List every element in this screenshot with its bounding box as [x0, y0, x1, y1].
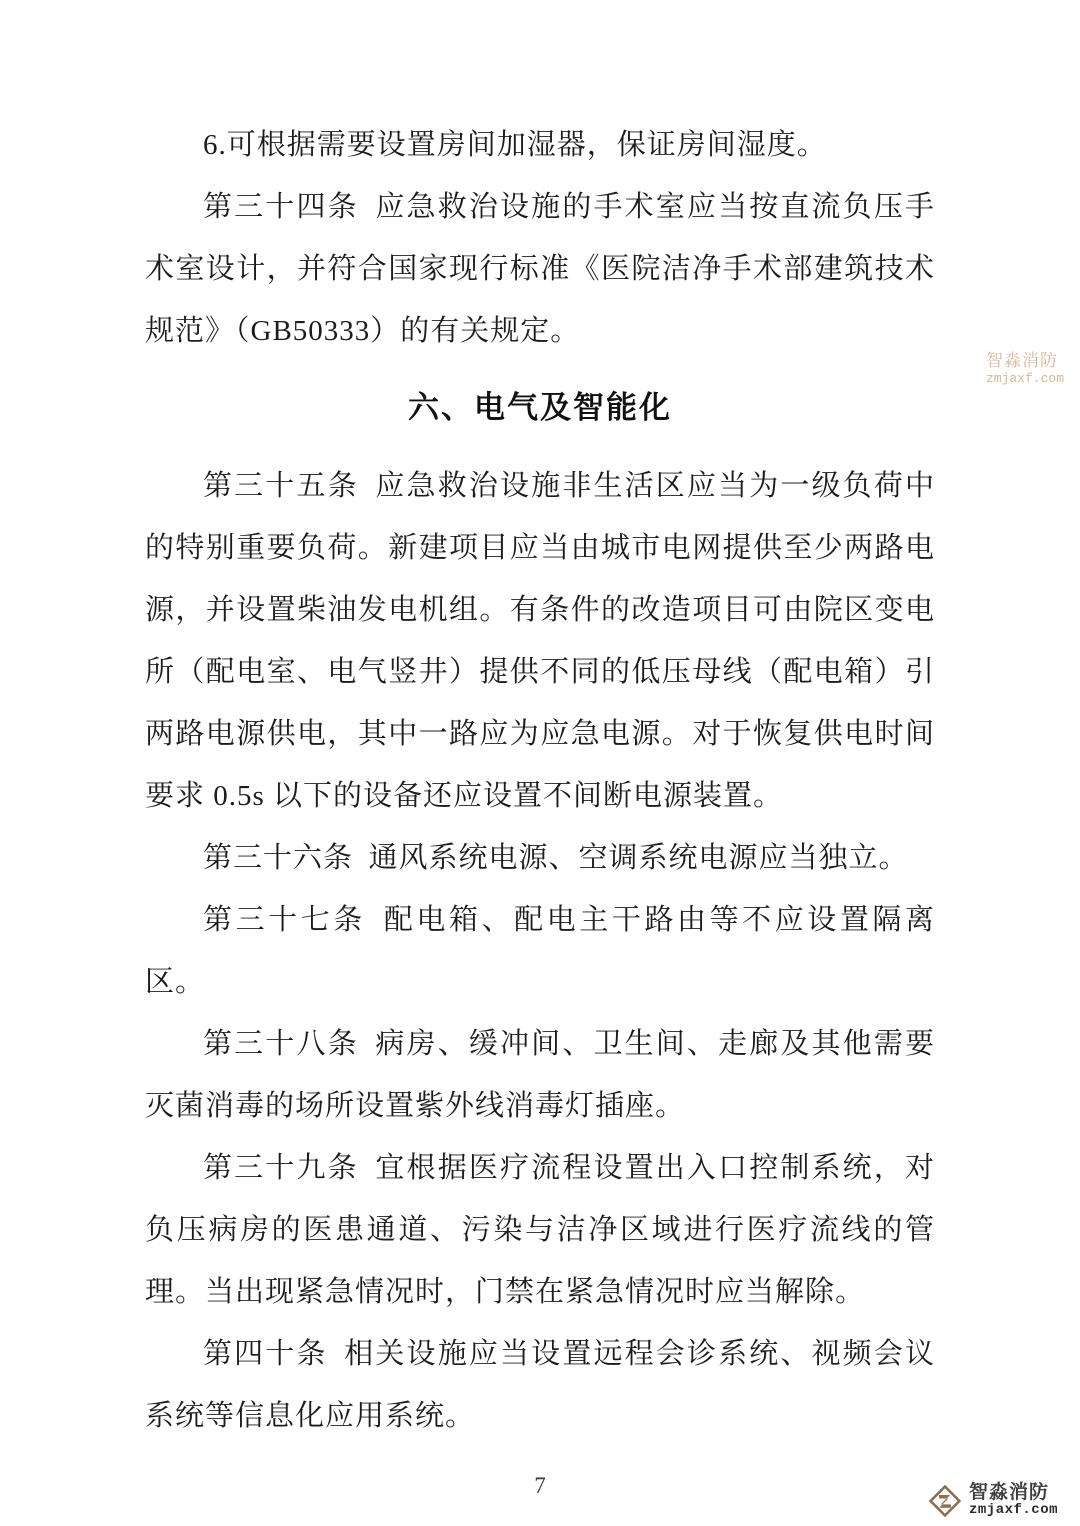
footer-brand-text: 智淼消防 zmjaxf.com — [969, 1483, 1058, 1518]
page-number: 7 — [0, 1473, 1080, 1499]
document-content: 6.可根据需要设置房间加湿器，保证房间湿度。 第三十四条 应急救治设施的手术室应… — [0, 0, 1080, 1447]
paragraph-article-40: 第四十条 相关设施应当设置远程会诊系统、视频会议系统等信息化应用系统。 — [145, 1323, 935, 1447]
footer-brand: 智淼消防 zmjaxf.com — [928, 1483, 1058, 1518]
paragraph-article-34: 第三十四条 应急救治设施的手术室应当按直流负压手术室设计，并符合国家现行标准《医… — [145, 176, 935, 362]
paragraph-article-37: 第三十七条 配电箱、配电主干路由等不应设置隔离区。 — [145, 889, 935, 1013]
zmjaxf-logo-icon — [928, 1484, 962, 1518]
footer-brand-url: zmjaxf.com — [969, 1503, 1058, 1518]
paragraph-item-6: 6.可根据需要设置房间加湿器，保证房间湿度。 — [145, 114, 935, 176]
paragraph-article-36: 第三十六条 通风系统电源、空调系统电源应当独立。 — [145, 827, 935, 889]
section-heading: 六、电气及智能化 — [145, 382, 935, 427]
paragraph-article-38: 第三十八条 病房、缓冲间、卫生间、走廊及其他需要灭菌消毒的场所设置紫外线消毒灯插… — [145, 1013, 935, 1137]
paragraph-article-39: 第三十九条 宜根据医疗流程设置出入口控制系统，对负压病房的医患通道、污染与洁净区… — [145, 1137, 935, 1323]
footer-brand-name: 智淼消防 — [969, 1483, 1058, 1503]
paragraph-article-35: 第三十五条 应急救治设施非生活区应当为一级负荷中的特别重要负荷。新建项目应当由城… — [145, 455, 935, 827]
document-page: 智淼消防 zmjaxf.com 6.可根据需要设置房间加湿器，保证房间湿度。 第… — [0, 0, 1080, 1526]
